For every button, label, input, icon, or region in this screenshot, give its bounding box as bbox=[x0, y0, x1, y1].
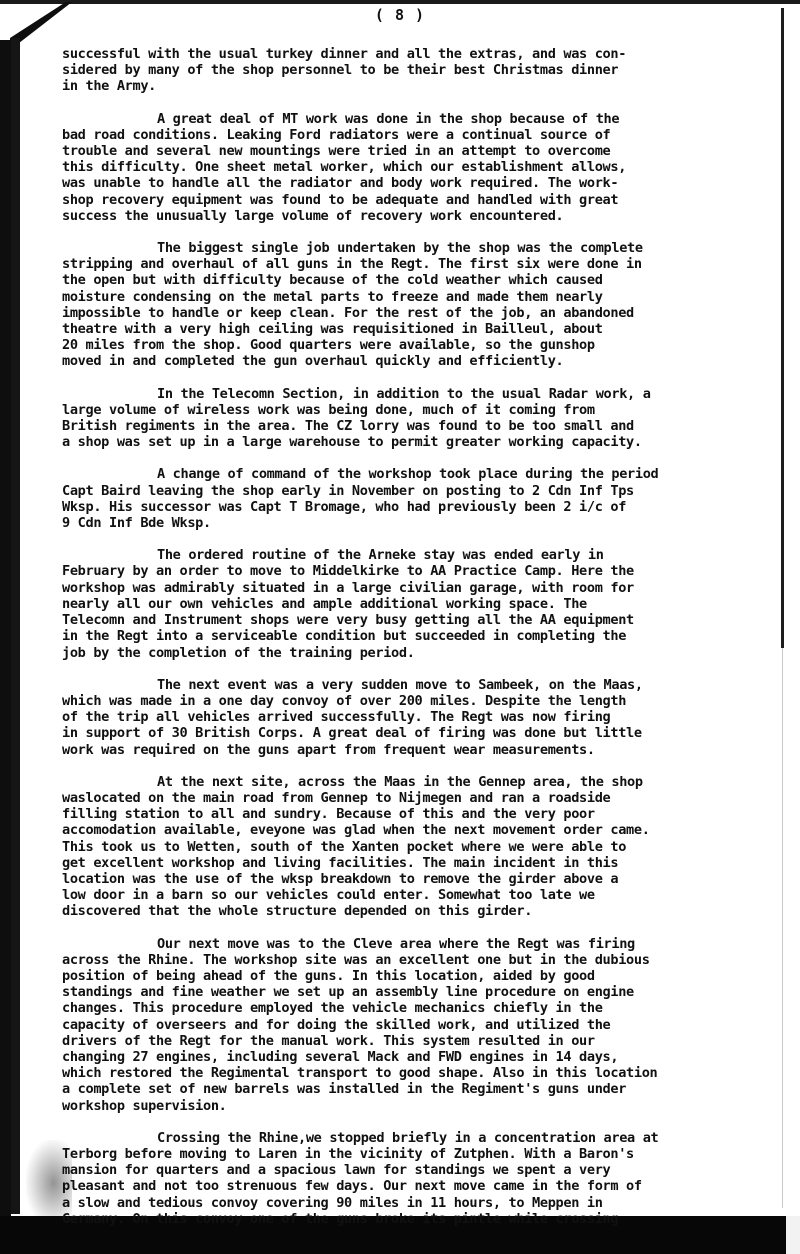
text-line: stripping and overhaul of all guns in th… bbox=[62, 256, 782, 272]
text-line: a slow and tedious convoy covering 90 mi… bbox=[62, 1195, 782, 1211]
scan-right-line-faint bbox=[782, 648, 783, 1208]
text-line: In the Telecomn Section, in addition to … bbox=[62, 386, 782, 402]
text-line: 20 miles from the shop. Good quarters we… bbox=[62, 337, 782, 353]
text-line: pleasant and not too strenuous few days.… bbox=[62, 1178, 782, 1194]
paragraph: The next event was a very sudden move to… bbox=[62, 677, 782, 758]
paragraph: At the next site, across the Maas in the… bbox=[62, 774, 782, 920]
text-line: in support of 30 British Corps. A great … bbox=[62, 725, 782, 741]
document-body: successful with the usual turkey dinner … bbox=[62, 46, 782, 1243]
text-line: bad road conditions. Leaking Ford radiat… bbox=[62, 127, 782, 143]
text-line: workshop supervision. bbox=[62, 1098, 782, 1114]
text-line: capacity of overseers and for doing the … bbox=[62, 1017, 782, 1033]
text-line: get excellent workshop and living facili… bbox=[62, 855, 782, 871]
text-line: A change of command of the workshop took… bbox=[62, 466, 782, 482]
text-line: February by an order to move to Middelki… bbox=[62, 563, 782, 579]
paragraph: In the Telecomn Section, in addition to … bbox=[62, 386, 782, 451]
text-line: trouble and several new mountings were t… bbox=[62, 143, 782, 159]
text-line: work was required on the guns apart from… bbox=[62, 742, 782, 758]
text-line: successful with the usual turkey dinner … bbox=[62, 46, 782, 62]
paragraph: Crossing the Rhine,we stopped briefly in… bbox=[62, 1130, 782, 1227]
text-line: changes. This procedure employed the veh… bbox=[62, 1000, 782, 1016]
text-line: Germany. On this convoy one of the guns … bbox=[62, 1211, 782, 1227]
text-line: sidered by many of the shop personnel to… bbox=[62, 62, 782, 78]
scan-left-strip bbox=[0, 40, 11, 1254]
text-line: of the trip all vehicles arrived success… bbox=[62, 709, 782, 725]
text-line: drivers of the Regt for the manual work.… bbox=[62, 1033, 782, 1049]
text-line: workshop was admirably situated in a lar… bbox=[62, 580, 782, 596]
text-line: The ordered routine of the Arneke stay w… bbox=[62, 547, 782, 563]
text-line: 9 Cdn Inf Bde Wksp. bbox=[62, 515, 782, 531]
text-line: low door in a barn so our vehicles could… bbox=[62, 887, 782, 903]
text-line: was unable to handle all the radiator an… bbox=[62, 175, 782, 191]
text-line: a shop was set up in a large warehouse t… bbox=[62, 434, 782, 450]
text-line: mansion for quarters and a spacious lawn… bbox=[62, 1162, 782, 1178]
scan-bottom-right bbox=[786, 1216, 800, 1254]
text-line: across the Rhine. The workshop site was … bbox=[62, 952, 782, 968]
text-line: which was made in a one day convoy of ov… bbox=[62, 693, 782, 709]
text-line: The next event was a very sudden move to… bbox=[62, 677, 782, 693]
paragraph: The ordered routine of the Arneke stay w… bbox=[62, 547, 782, 660]
text-line: a complete set of new barrels was instal… bbox=[62, 1081, 782, 1097]
text-line: theatre with a very high ceiling was req… bbox=[62, 321, 782, 337]
text-line: location was the use of the wksp breakdo… bbox=[62, 871, 782, 887]
text-line: moisture condensing on the metal parts t… bbox=[62, 289, 782, 305]
paragraph: Our next move was to the Cleve area wher… bbox=[62, 936, 782, 1114]
paragraph: The biggest single job undertaken by the… bbox=[62, 240, 782, 370]
text-line: large volume of wireless work was being … bbox=[62, 402, 782, 418]
text-line: nearly all our own vehicles and ample ad… bbox=[62, 596, 782, 612]
text-line: This took us to Wetten, south of the Xan… bbox=[62, 839, 782, 855]
paragraph: A change of command of the workshop took… bbox=[62, 466, 782, 531]
text-line: filling station to all and sundry. Becau… bbox=[62, 806, 782, 822]
text-line: success the unusually large volume of re… bbox=[62, 208, 782, 224]
text-line: job by the completion of the training pe… bbox=[62, 645, 782, 661]
text-line: which restored the Regimental transport … bbox=[62, 1065, 782, 1081]
text-line: At the next site, across the Maas in the… bbox=[62, 774, 782, 790]
scan-top-bar bbox=[0, 0, 800, 4]
text-line: moved in and completed the gun overhaul … bbox=[62, 353, 782, 369]
text-line: position of being ahead of the guns. In … bbox=[62, 968, 782, 984]
text-line: in the Army. bbox=[62, 78, 782, 94]
text-line: British regiments in the area. The CZ lo… bbox=[62, 418, 782, 434]
text-line: Terborg before moving to Laren in the vi… bbox=[62, 1146, 782, 1162]
paragraph: successful with the usual turkey dinner … bbox=[62, 46, 782, 95]
text-line: A great deal of MT work was done in the … bbox=[62, 111, 782, 127]
text-line: the open but with difficulty because of … bbox=[62, 272, 782, 288]
text-line: waslocated on the main road from Gennep … bbox=[62, 790, 782, 806]
scan-left-edge-line bbox=[11, 38, 20, 1214]
text-line: shop recovery equipment was found to be … bbox=[62, 192, 782, 208]
text-line: this difficulty. One sheet metal worker,… bbox=[62, 159, 782, 175]
text-line: Capt Baird leaving the shop early in Nov… bbox=[62, 483, 782, 499]
text-line: Crossing the Rhine,we stopped briefly in… bbox=[62, 1130, 782, 1146]
text-line: discovered that the whole structure depe… bbox=[62, 903, 782, 919]
page-number: ( 8 ) bbox=[0, 6, 800, 24]
text-line: standings and fine weather we set up an … bbox=[62, 984, 782, 1000]
text-line: Telecomn and Instrument shops were very … bbox=[62, 612, 782, 628]
text-line: accomodation available, eveyone was glad… bbox=[62, 822, 782, 838]
paragraph: A great deal of MT work was done in the … bbox=[62, 111, 782, 224]
text-line: The biggest single job undertaken by the… bbox=[62, 240, 782, 256]
text-line: changing 27 engines, including several M… bbox=[62, 1049, 782, 1065]
text-line: impossible to handle or keep clean. For … bbox=[62, 305, 782, 321]
text-line: Our next move was to the Cleve area wher… bbox=[62, 936, 782, 952]
text-line: in the Regt into a serviceable condition… bbox=[62, 628, 782, 644]
text-line: Wksp. His successor was Capt T Bromage, … bbox=[62, 499, 782, 515]
